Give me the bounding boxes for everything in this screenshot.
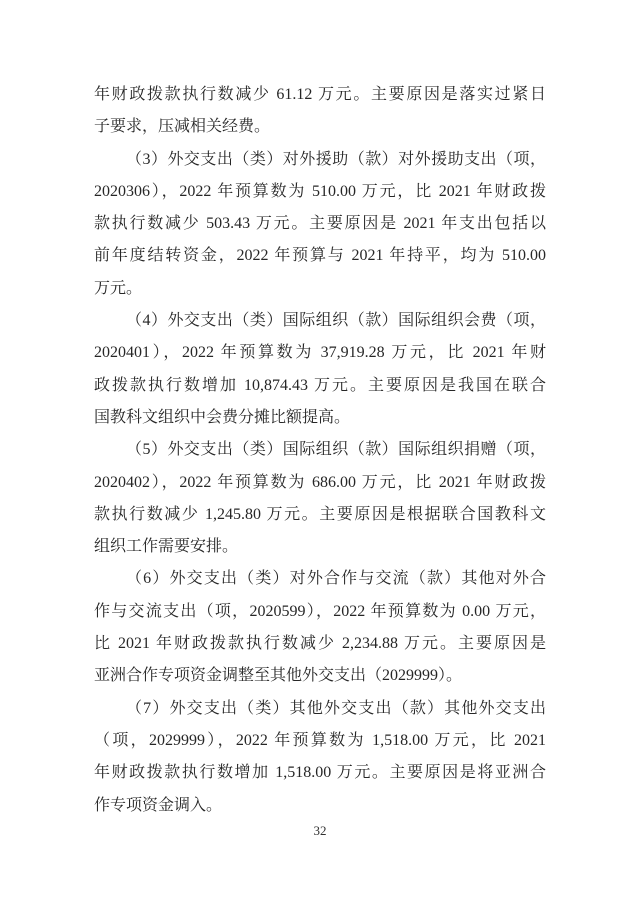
text-line: 款执行数减少 503.43 万元。主要原因是 2021 年支出包括以: [94, 208, 546, 240]
document-body: 年财政拨款执行数减少 61.12 万元。主要原因是落实过紧日子要求，压减相关经费…: [94, 79, 546, 822]
text-line: （6）外交支出（类）对外合作与交流（款）其他对外合: [94, 563, 546, 595]
text-line: 2020401），2022 年预算数为 37,919.28 万元，比 2021 …: [94, 337, 546, 369]
text-line: 前年度结转资金，2022 年预算与 2021 年持平，均为 510.00: [94, 240, 546, 272]
text-line: 比 2021 年财政拨款执行数减少 2,234.88 万元。主要原因是: [94, 628, 546, 660]
text-line: 国教科文组织中会费分摊比额提高。: [94, 402, 546, 434]
text-line: （5）外交支出（类）国际组织（款）国际组织捐赠（项，: [94, 434, 546, 466]
text-line: 作专项资金调入。: [94, 790, 546, 822]
text-line: 万元。: [94, 273, 546, 305]
text-line: 亚洲合作专项资金调整至其他外交支出（2029999）。: [94, 660, 546, 692]
text-line: 政拨款执行数增加 10,874.43 万元。主要原因是我国在联合: [94, 370, 546, 402]
text-line: 作与交流支出（项，2020599），2022 年预算数为 0.00 万元，: [94, 596, 546, 628]
page-number: 32: [0, 823, 640, 839]
text-line: 组织工作需要安排。: [94, 531, 546, 563]
text-line: （4）外交支出（类）国际组织（款）国际组织会费（项，: [94, 305, 546, 337]
text-line: （项，2029999），2022 年预算数为 1,518.00 万元，比 202…: [94, 725, 546, 757]
text-line: 2020306），2022 年预算数为 510.00 万元，比 2021 年财政…: [94, 176, 546, 208]
text-line: 款执行数减少 1,245.80 万元。主要原因是根据联合国教科文: [94, 499, 546, 531]
text-line: （7）外交支出（类）其他外交支出（款）其他外交支出: [94, 693, 546, 725]
text-line: 年财政拨款执行数减少 61.12 万元。主要原因是落实过紧日: [94, 79, 546, 111]
text-line: （3）外交支出（类）对外援助（款）对外援助支出（项，: [94, 144, 546, 176]
text-line: 2020402），2022 年预算数为 686.00 万元，比 2021 年财政…: [94, 467, 546, 499]
text-line: 子要求，压减相关经费。: [94, 111, 546, 143]
text-line: 年财政拨款执行数增加 1,518.00 万元。主要原因是将亚洲合: [94, 757, 546, 789]
document-page: 年财政拨款执行数减少 61.12 万元。主要原因是落实过紧日子要求，压减相关经费…: [0, 0, 640, 905]
